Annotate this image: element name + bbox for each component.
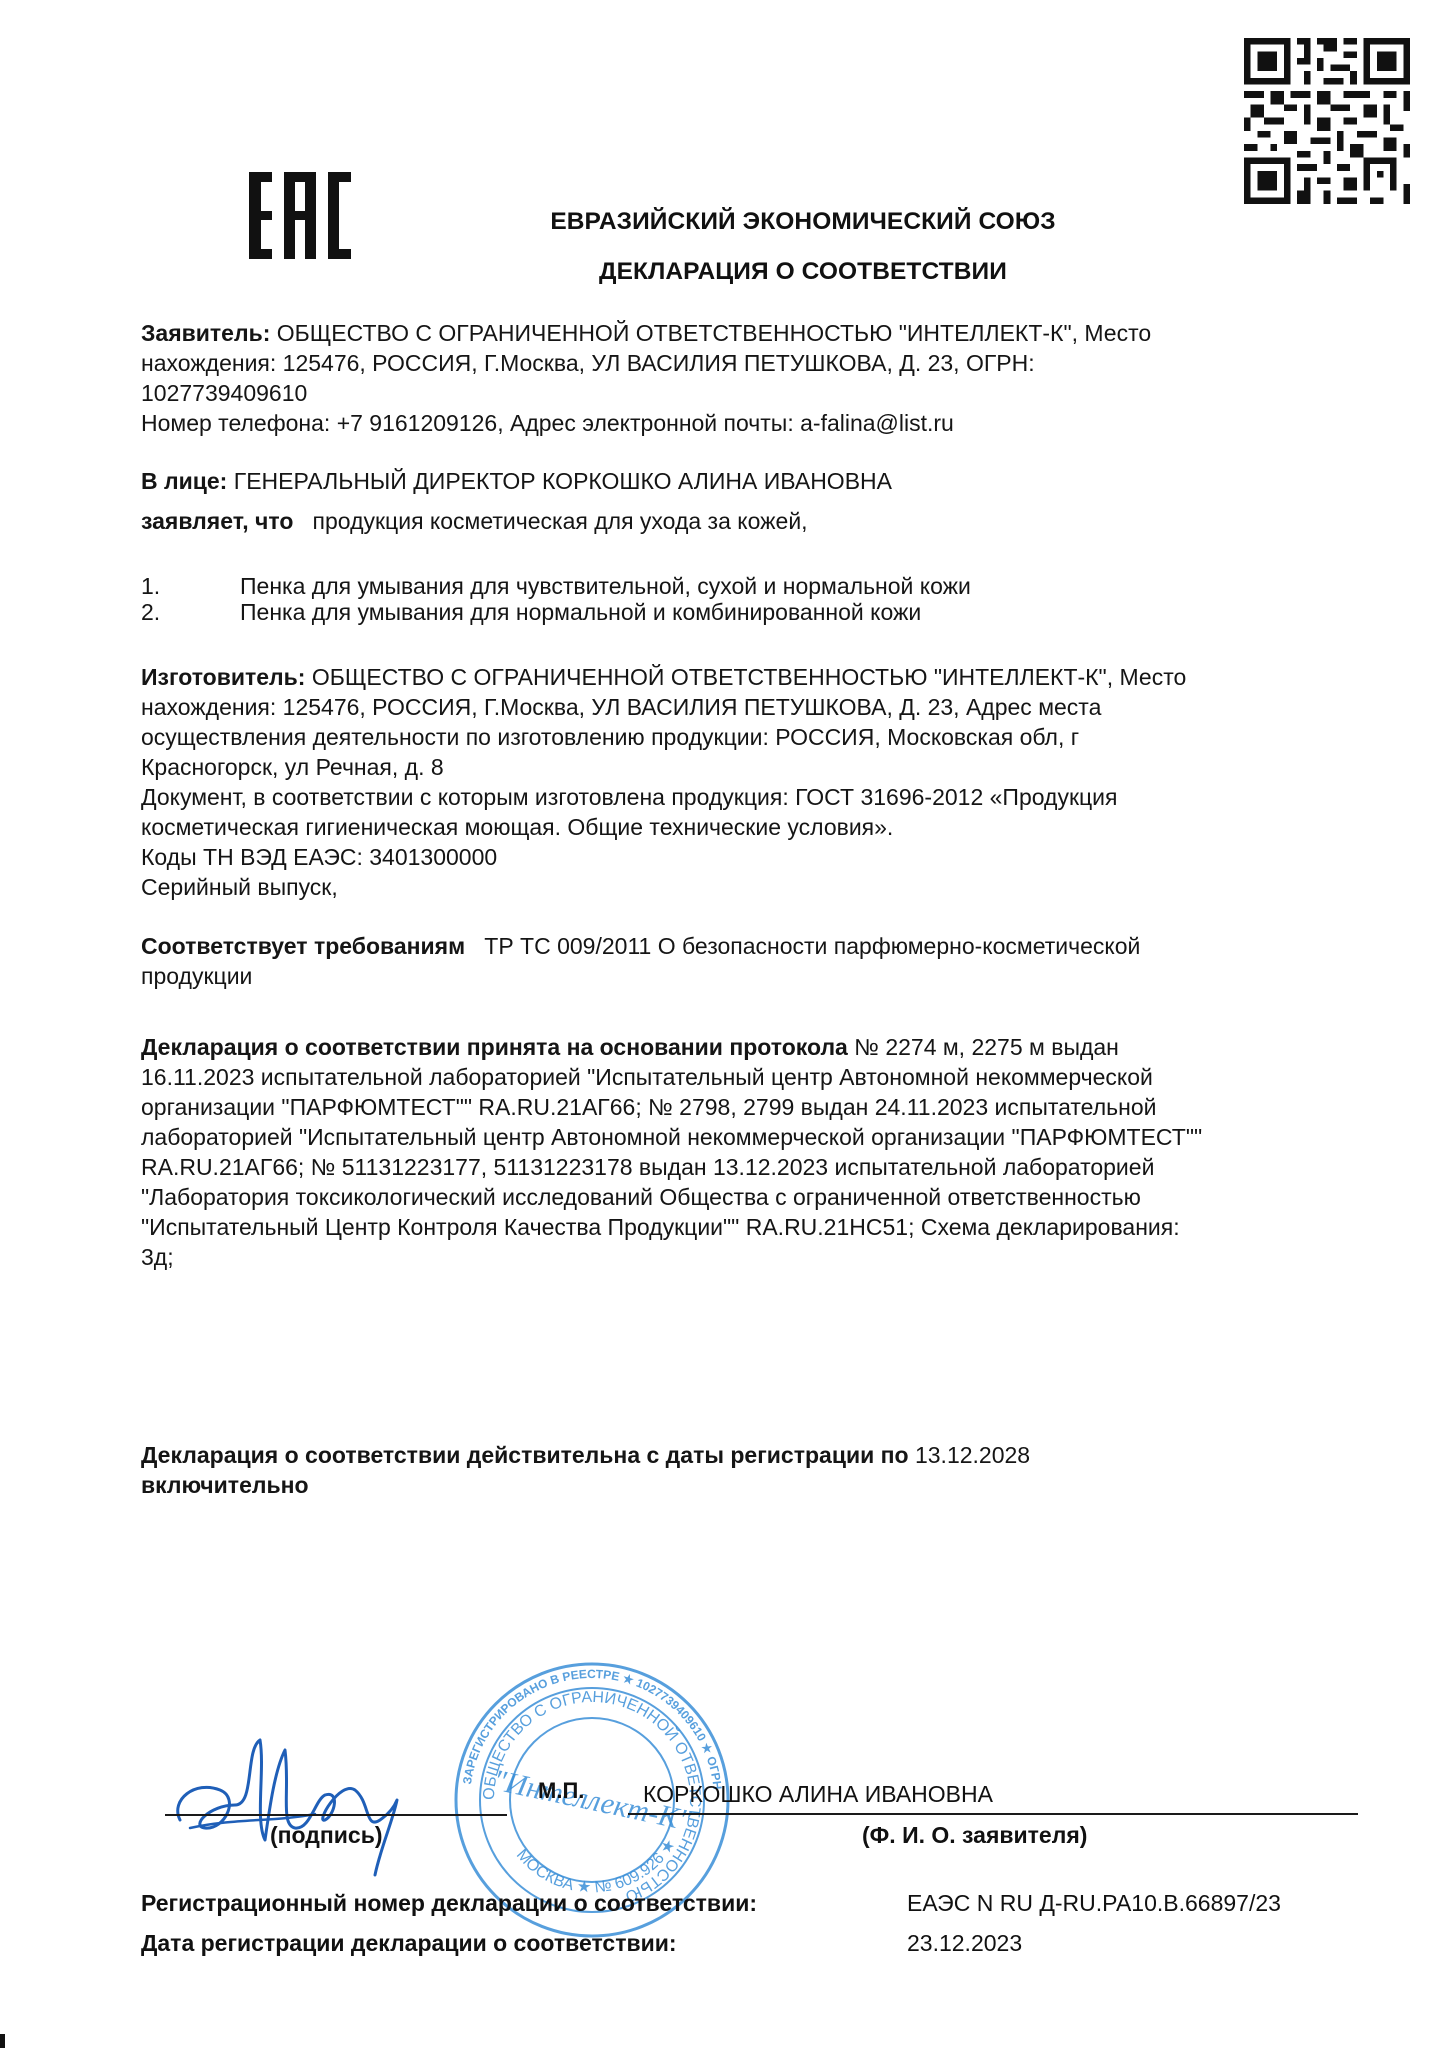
standard-document-line-2: косметическая гигиеническая моющая. Общи… [141, 812, 1391, 842]
manufacturer-line-3: осуществления деятельности по изготовлен… [141, 722, 1391, 752]
declares-value: продукция косметическая для ухода за кож… [313, 508, 808, 534]
scan-edge-mark [0, 2034, 5, 2048]
applicant-label: Заявитель: [141, 320, 270, 346]
hs-codes: Коды ТН ВЭД ЕАЭС: 3401300000 [141, 842, 1391, 872]
union-title: ЕВРАЗИЙСКИЙ ЭКОНОМИЧЕСКИЙ СОЮЗ [0, 208, 1448, 236]
applicant-line-2: нахождения: 125476, РОССИЯ, Г.Москва, УЛ… [141, 348, 1391, 378]
basis-line-8: 3д; [141, 1242, 1391, 1272]
validity-date: 13.12.2028 [915, 1442, 1030, 1468]
basis-section: Декларация о соответствии принята на осн… [141, 1032, 1391, 1272]
requirements-label: Соответствует требованиям [141, 933, 465, 959]
basis-line-3: организации "ПАРФЮМТЕСТ"" RA.RU.21АГ66; … [141, 1092, 1391, 1122]
basis-line-1: Декларация о соответствии принята на осн… [141, 1032, 1391, 1062]
representative-label: В лице: [141, 468, 227, 494]
stamp-place-label: М.П. [538, 1778, 584, 1804]
production-type: Серийный выпуск, [141, 872, 1391, 902]
name-caption: (Ф. И. О. заявителя) [862, 1822, 1087, 1849]
manufacturer-line-4: Красногорск, ул Речная, д. 8 [141, 752, 1391, 782]
requirements-section: Соответствует требованиям ТР ТС 009/2011… [141, 931, 1391, 991]
registration-date-value: 23.12.2023 [907, 1930, 1022, 1957]
applicant-line-1: Заявитель: ОБЩЕСТВО С ОГРАНИЧЕННОЙ ОТВЕТ… [141, 318, 1391, 348]
name-line [628, 1813, 1358, 1815]
validity-label: Декларация о соответствии действительна … [141, 1442, 909, 1468]
signature-caption: (подпись) [270, 1822, 383, 1849]
manufacturer-label: Изготовитель: [141, 664, 305, 690]
basis-line-2: 16.11.2023 испытательной лабораторией "И… [141, 1062, 1391, 1092]
manufacturer-line-2: нахождения: 125476, РОССИЯ, Г.Москва, УЛ… [141, 692, 1391, 722]
standard-document-line-1: Документ, в соответствии с которым изгот… [141, 782, 1391, 812]
product-name: Пенка для умывания для нормальной и комб… [240, 599, 921, 625]
basis-line-5: RA.RU.21АГ66; № 51131223177, 51131223178… [141, 1152, 1391, 1182]
requirements-line-1: Соответствует требованиям ТР ТС 009/2011… [141, 931, 1391, 961]
requirements-line-2: продукции [141, 961, 1391, 991]
declares-label: заявляет, что [141, 508, 293, 534]
manufacturer-line-1: Изготовитель: ОБЩЕСТВО С ОГРАНИЧЕННОЙ ОТ… [141, 662, 1391, 692]
representative: В лице: ГЕНЕРАЛЬНЫЙ ДИРЕКТОР КОРКОШКО АЛ… [141, 466, 1391, 496]
product-item: 2.Пенка для умывания для нормальной и ко… [141, 597, 921, 627]
applicant-contact: Номер телефона: +7 9161209126, Адрес эле… [141, 408, 1391, 438]
basis-line-7: "Испытательный Центр Контроля Качества П… [141, 1212, 1391, 1242]
product-number: 2. [141, 597, 240, 627]
basis-label: Декларация о соответствии принята на осн… [141, 1034, 848, 1060]
qr-code-icon [1243, 38, 1411, 204]
validity-line-1: Декларация о соответствии действительна … [141, 1440, 1391, 1470]
basis-line-6: "Лаборатория токсикологический исследова… [141, 1182, 1391, 1212]
product-name: Пенка для умывания для чувствительной, с… [240, 573, 971, 599]
applicant-line-3: 1027739409610 [141, 378, 1391, 408]
manufacturer-section: Изготовитель: ОБЩЕСТВО С ОГРАНИЧЕННОЙ ОТ… [141, 662, 1391, 902]
signature-line [165, 1814, 507, 1816]
validity-suffix: включительно [141, 1470, 1391, 1500]
applicant-section: Заявитель: ОБЩЕСТВО С ОГРАНИЧЕННОЙ ОТВЕТ… [141, 318, 1391, 438]
basis-line-4: лабораторией "Испытательный центр Автоно… [141, 1122, 1391, 1152]
registration-date-label: Дата регистрации декларации о соответств… [141, 1930, 677, 1957]
declaration-title: ДЕКЛАРАЦИЯ О СООТВЕТСТВИИ [0, 258, 1448, 286]
registration-number-label: Регистрационный номер декларации о соотв… [141, 1890, 757, 1917]
representative-value: ГЕНЕРАЛЬНЫЙ ДИРЕКТОР КОРКОШКО АЛИНА ИВАН… [234, 468, 892, 494]
registration-number-value: ЕАЭС N RU Д-RU.РА10.В.66897/23 [907, 1890, 1281, 1917]
declares: заявляет, что продукция косметическая дл… [141, 506, 1391, 536]
handwritten-signature [165, 1710, 445, 1880]
applicant-full-name: КОРКОШКО АЛИНА ИВАНОВНА [643, 1781, 993, 1808]
validity-section: Декларация о соответствии действительна … [141, 1440, 1391, 1500]
